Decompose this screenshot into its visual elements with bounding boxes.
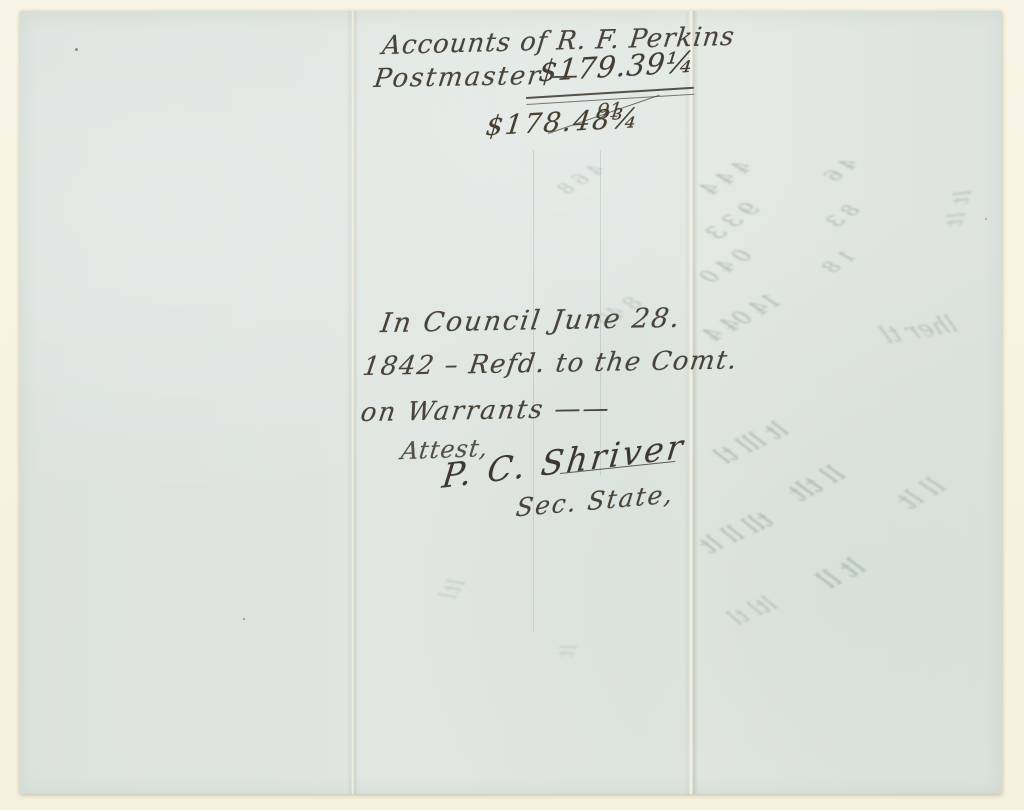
bleedthrough-ghost-text: 0 4 0 (694, 244, 756, 288)
bleedthrough-ghost-text: 4 6 8 (553, 160, 609, 198)
bleedthrough-column-rule (533, 150, 534, 632)
bleedthrough-ghost-text: lt (552, 642, 582, 659)
bleedthrough-ghost-text: 4 6 (820, 154, 863, 186)
bleedthrough-ghost-text: 8 3 (822, 200, 865, 231)
bleedthrough-ghost-text: lt lt (941, 189, 977, 227)
scanner-bed: Accounts of R. F. Perkins Postmaster — $… (0, 0, 1024, 810)
bleedthrough-ghost-text: ltl tl (723, 592, 782, 630)
document-paper: Accounts of R. F. Perkins Postmaster — $… (20, 11, 1002, 794)
bleedthrough-ghost-text: 1 8 (817, 246, 860, 277)
endorsement-line-3: on Warrants —— (359, 394, 613, 428)
bleedthrough-ghost-text: lt ll (811, 553, 872, 595)
bleedthrough-ghost-text: lt lll tl (708, 416, 794, 469)
paper-speck (75, 48, 78, 51)
bleedthrough-ghost-text: 14 04 4 (698, 290, 786, 347)
amount-revised: $178.48¾ (484, 103, 641, 142)
endorsement-line-2: 1842 – Refd. to the Comt. (361, 345, 740, 382)
paper-speck (985, 218, 987, 220)
endorsement-line-1: In Council June 28. (379, 303, 684, 339)
bleedthrough-ghost-text: ll lt (891, 473, 952, 516)
bleedthrough-ghost-text: 9 3 3 (701, 198, 765, 244)
bleedthrough-ghost-text: 4 4 4 (694, 156, 756, 200)
fold-crease-left (346, 11, 358, 794)
bleedthrough-ghost-text: tll ll lt (693, 507, 779, 559)
bleedthrough-ghost-text: lher tl (876, 311, 962, 350)
signer-title: Sec. State, (514, 479, 676, 522)
paper-speck (243, 618, 245, 620)
bleedthrough-ghost-text: ll tlt (782, 460, 852, 507)
bleedthrough-ghost-text: ltl (435, 576, 472, 603)
fold-crease-right (684, 11, 698, 794)
